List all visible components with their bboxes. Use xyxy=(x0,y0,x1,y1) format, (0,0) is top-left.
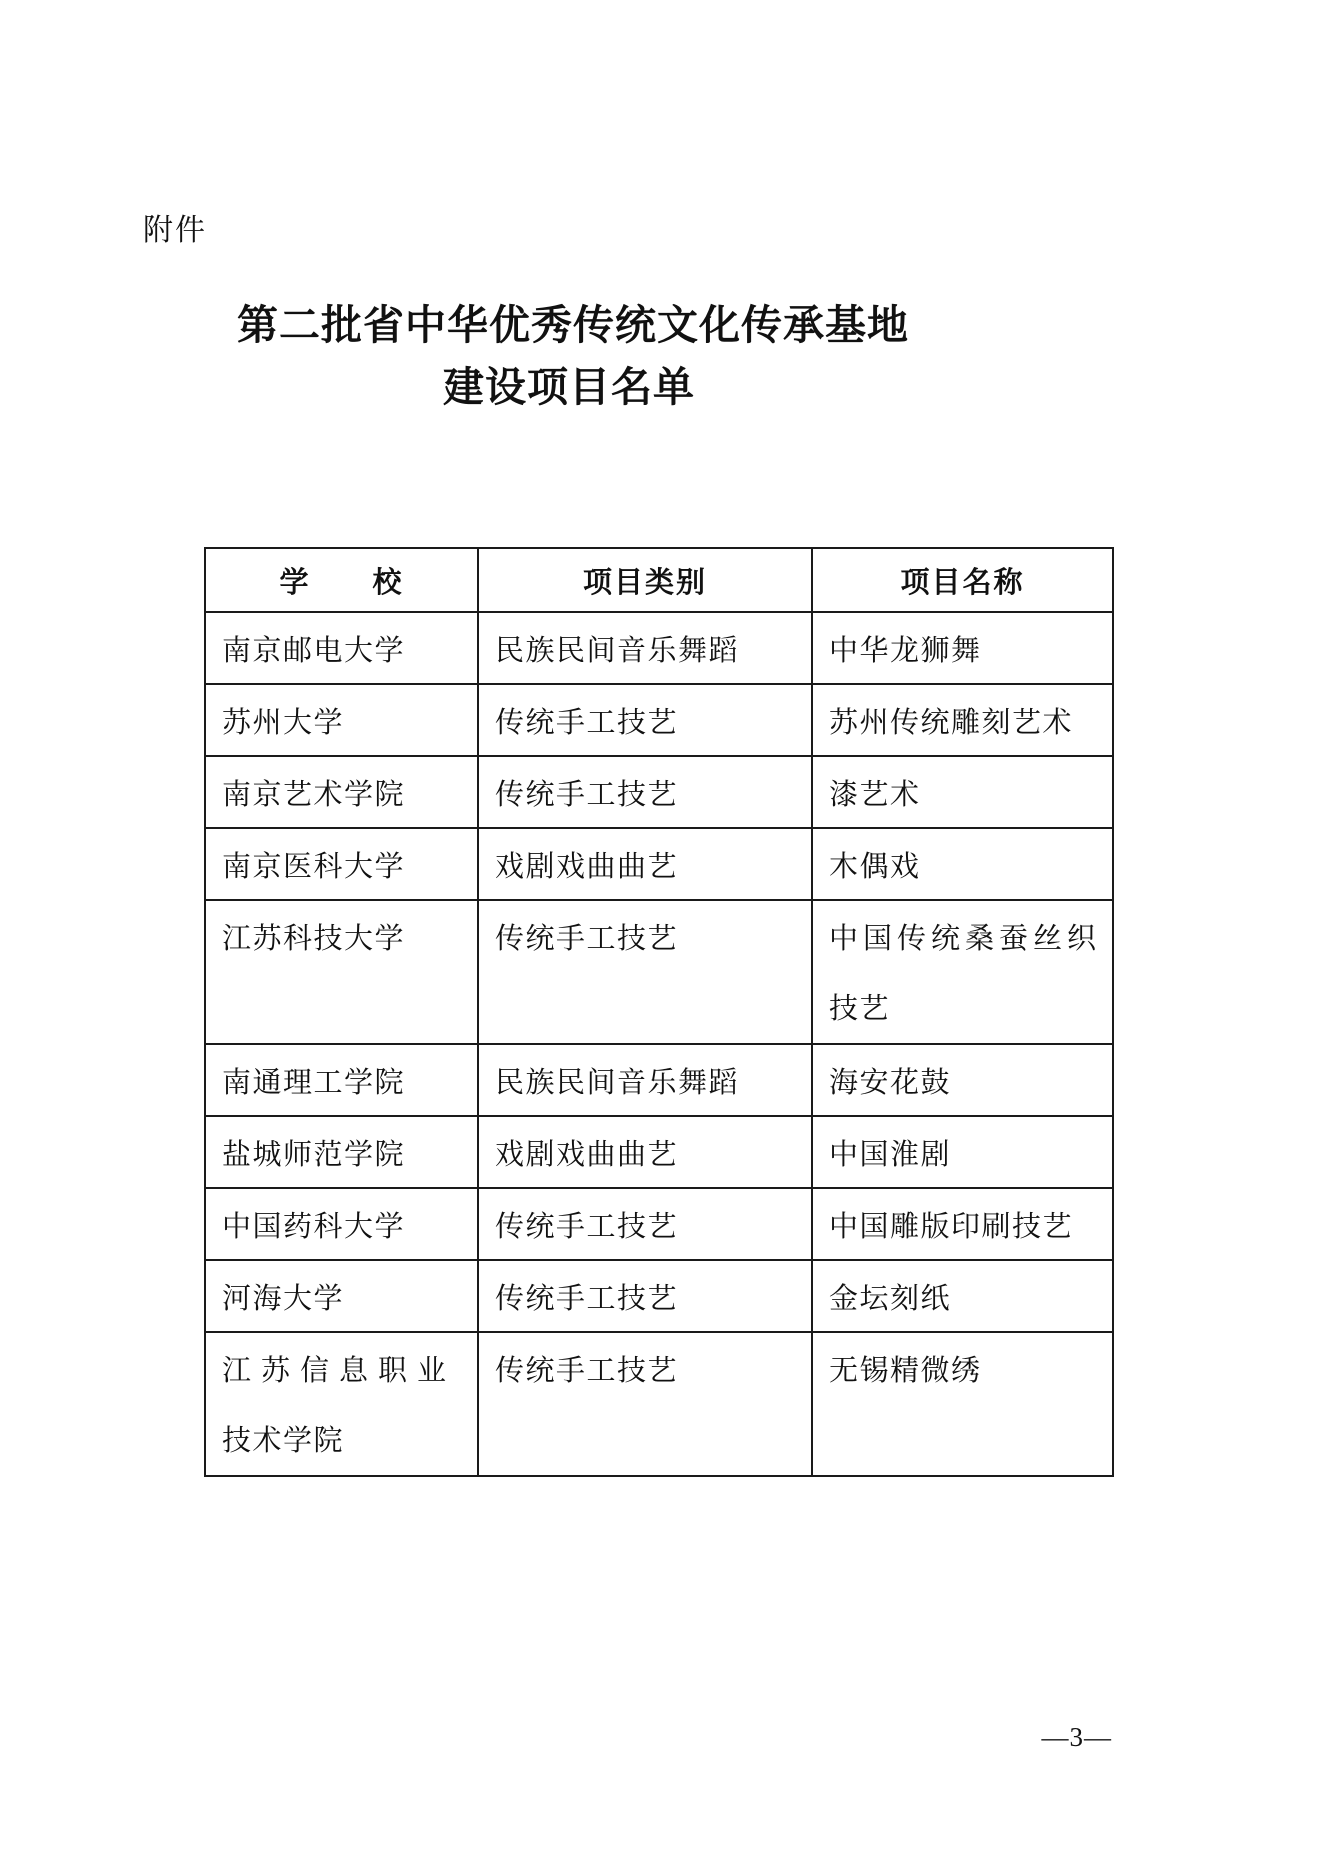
category-cell: 戏剧戏曲曲艺 xyxy=(478,1116,812,1188)
project-text: 中国雕版印刷技艺 xyxy=(829,1189,1106,1259)
category-cell: 传统手工技艺 xyxy=(478,1188,812,1260)
school-cell: 中国药科大学 xyxy=(205,1188,478,1260)
page-title-line1: 第二批省中华优秀传统文化传承基地 xyxy=(237,294,901,356)
project-text: 海安花鼓 xyxy=(829,1045,1106,1115)
category-cell: 传统手工技艺 xyxy=(478,756,812,828)
school-text: 南通理工学院 xyxy=(222,1045,471,1115)
table-row: 南京医科大学戏剧戏曲曲艺木偶戏 xyxy=(205,828,1113,900)
page-title: 第二批省中华优秀传统文化传承基地 建设项目名单 xyxy=(237,294,901,418)
header-category: 项目类别 xyxy=(478,548,812,612)
project-cell: 无锡精微绣 xyxy=(812,1332,1113,1476)
school-cell: 河海大学 xyxy=(205,1260,478,1332)
project-text: 技艺 xyxy=(829,971,1106,1041)
project-cell: 中国淮剧 xyxy=(812,1116,1113,1188)
category-cell: 民族民间音乐舞蹈 xyxy=(478,612,812,684)
table-row: 南通理工学院民族民间音乐舞蹈海安花鼓 xyxy=(205,1044,1113,1116)
project-cell: 苏州传统雕刻艺术 xyxy=(812,684,1113,756)
school-text: 南京邮电大学 xyxy=(222,613,471,683)
project-text: 漆艺术 xyxy=(829,757,1106,827)
category-text: 传统手工技艺 xyxy=(495,1333,805,1403)
school-text: 江苏信息职业 xyxy=(222,1333,471,1403)
project-cell: 漆艺术 xyxy=(812,756,1113,828)
project-text: 中国传统桑蚕丝织 xyxy=(829,901,1106,971)
page-title-line2: 建设项目名单 xyxy=(237,356,901,418)
project-cell: 金坛刻纸 xyxy=(812,1260,1113,1332)
category-text: 传统手工技艺 xyxy=(495,901,805,971)
project-cell: 中国雕版印刷技艺 xyxy=(812,1188,1113,1260)
category-cell: 传统手工技艺 xyxy=(478,1332,812,1476)
school-cell: 苏州大学 xyxy=(205,684,478,756)
project-cell: 中国传统桑蚕丝织技艺 xyxy=(812,900,1113,1044)
category-text: 戏剧戏曲曲艺 xyxy=(495,829,805,899)
school-text: 江苏科技大学 xyxy=(222,901,471,971)
project-text: 木偶戏 xyxy=(829,829,1106,899)
table-row: 南京邮电大学民族民间音乐舞蹈中华龙狮舞 xyxy=(205,612,1113,684)
category-text: 传统手工技艺 xyxy=(495,757,805,827)
category-text: 民族民间音乐舞蹈 xyxy=(495,613,805,683)
table-row: 河海大学传统手工技艺金坛刻纸 xyxy=(205,1260,1113,1332)
table-row: 盐城师范学院戏剧戏曲曲艺中国淮剧 xyxy=(205,1116,1113,1188)
project-text: 中国淮剧 xyxy=(829,1117,1106,1187)
school-cell: 南京艺术学院 xyxy=(205,756,478,828)
table-row: 江苏科技大学传统手工技艺中国传统桑蚕丝织技艺 xyxy=(205,900,1113,1044)
category-cell: 传统手工技艺 xyxy=(478,900,812,1044)
school-text: 南京艺术学院 xyxy=(222,757,471,827)
header-school: 学 校 xyxy=(205,548,478,612)
category-cell: 民族民间音乐舞蹈 xyxy=(478,1044,812,1116)
school-cell: 南通理工学院 xyxy=(205,1044,478,1116)
table-header-row: 学 校 项目类别 项目名称 xyxy=(205,548,1113,612)
school-text: 苏州大学 xyxy=(222,685,471,755)
project-text: 中华龙狮舞 xyxy=(829,613,1106,683)
project-text: 苏州传统雕刻艺术 xyxy=(829,685,1106,755)
school-cell: 江苏科技大学 xyxy=(205,900,478,1044)
category-cell: 传统手工技艺 xyxy=(478,684,812,756)
school-cell: 江苏信息职业技术学院 xyxy=(205,1332,478,1476)
project-cell: 海安花鼓 xyxy=(812,1044,1113,1116)
project-cell: 中华龙狮舞 xyxy=(812,612,1113,684)
category-text: 戏剧戏曲曲艺 xyxy=(495,1117,805,1187)
school-cell: 盐城师范学院 xyxy=(205,1116,478,1188)
school-text: 盐城师范学院 xyxy=(222,1117,471,1187)
category-text: 传统手工技艺 xyxy=(495,1189,805,1259)
project-text: 无锡精微绣 xyxy=(829,1333,1106,1403)
project-cell: 木偶戏 xyxy=(812,828,1113,900)
table-row: 江苏信息职业技术学院传统手工技艺无锡精微绣 xyxy=(205,1332,1113,1476)
category-cell: 戏剧戏曲曲艺 xyxy=(478,828,812,900)
category-cell: 传统手工技艺 xyxy=(478,1260,812,1332)
header-project-name: 项目名称 xyxy=(812,548,1113,612)
category-text: 民族民间音乐舞蹈 xyxy=(495,1045,805,1115)
project-text: 金坛刻纸 xyxy=(829,1261,1106,1331)
table-row: 中国药科大学传统手工技艺中国雕版印刷技艺 xyxy=(205,1188,1113,1260)
projects-table: 学 校 项目类别 项目名称 南京邮电大学民族民间音乐舞蹈中华龙狮舞苏州大学传统手… xyxy=(204,547,1114,1477)
school-text: 中国药科大学 xyxy=(222,1189,471,1259)
school-text: 河海大学 xyxy=(222,1261,471,1331)
school-text: 南京医科大学 xyxy=(222,829,471,899)
table-row: 苏州大学传统手工技艺苏州传统雕刻艺术 xyxy=(205,684,1113,756)
school-text: 技术学院 xyxy=(222,1403,471,1473)
school-cell: 南京邮电大学 xyxy=(205,612,478,684)
school-cell: 南京医科大学 xyxy=(205,828,478,900)
category-text: 传统手工技艺 xyxy=(495,685,805,755)
category-text: 传统手工技艺 xyxy=(495,1261,805,1331)
attachment-label: 附件 xyxy=(143,205,207,249)
table-row: 南京艺术学院传统手工技艺漆艺术 xyxy=(205,756,1113,828)
document-page: { "page": { "attachment_label": "附件", "t… xyxy=(0,0,1323,1871)
page-number: —3— xyxy=(204,1722,1112,1753)
